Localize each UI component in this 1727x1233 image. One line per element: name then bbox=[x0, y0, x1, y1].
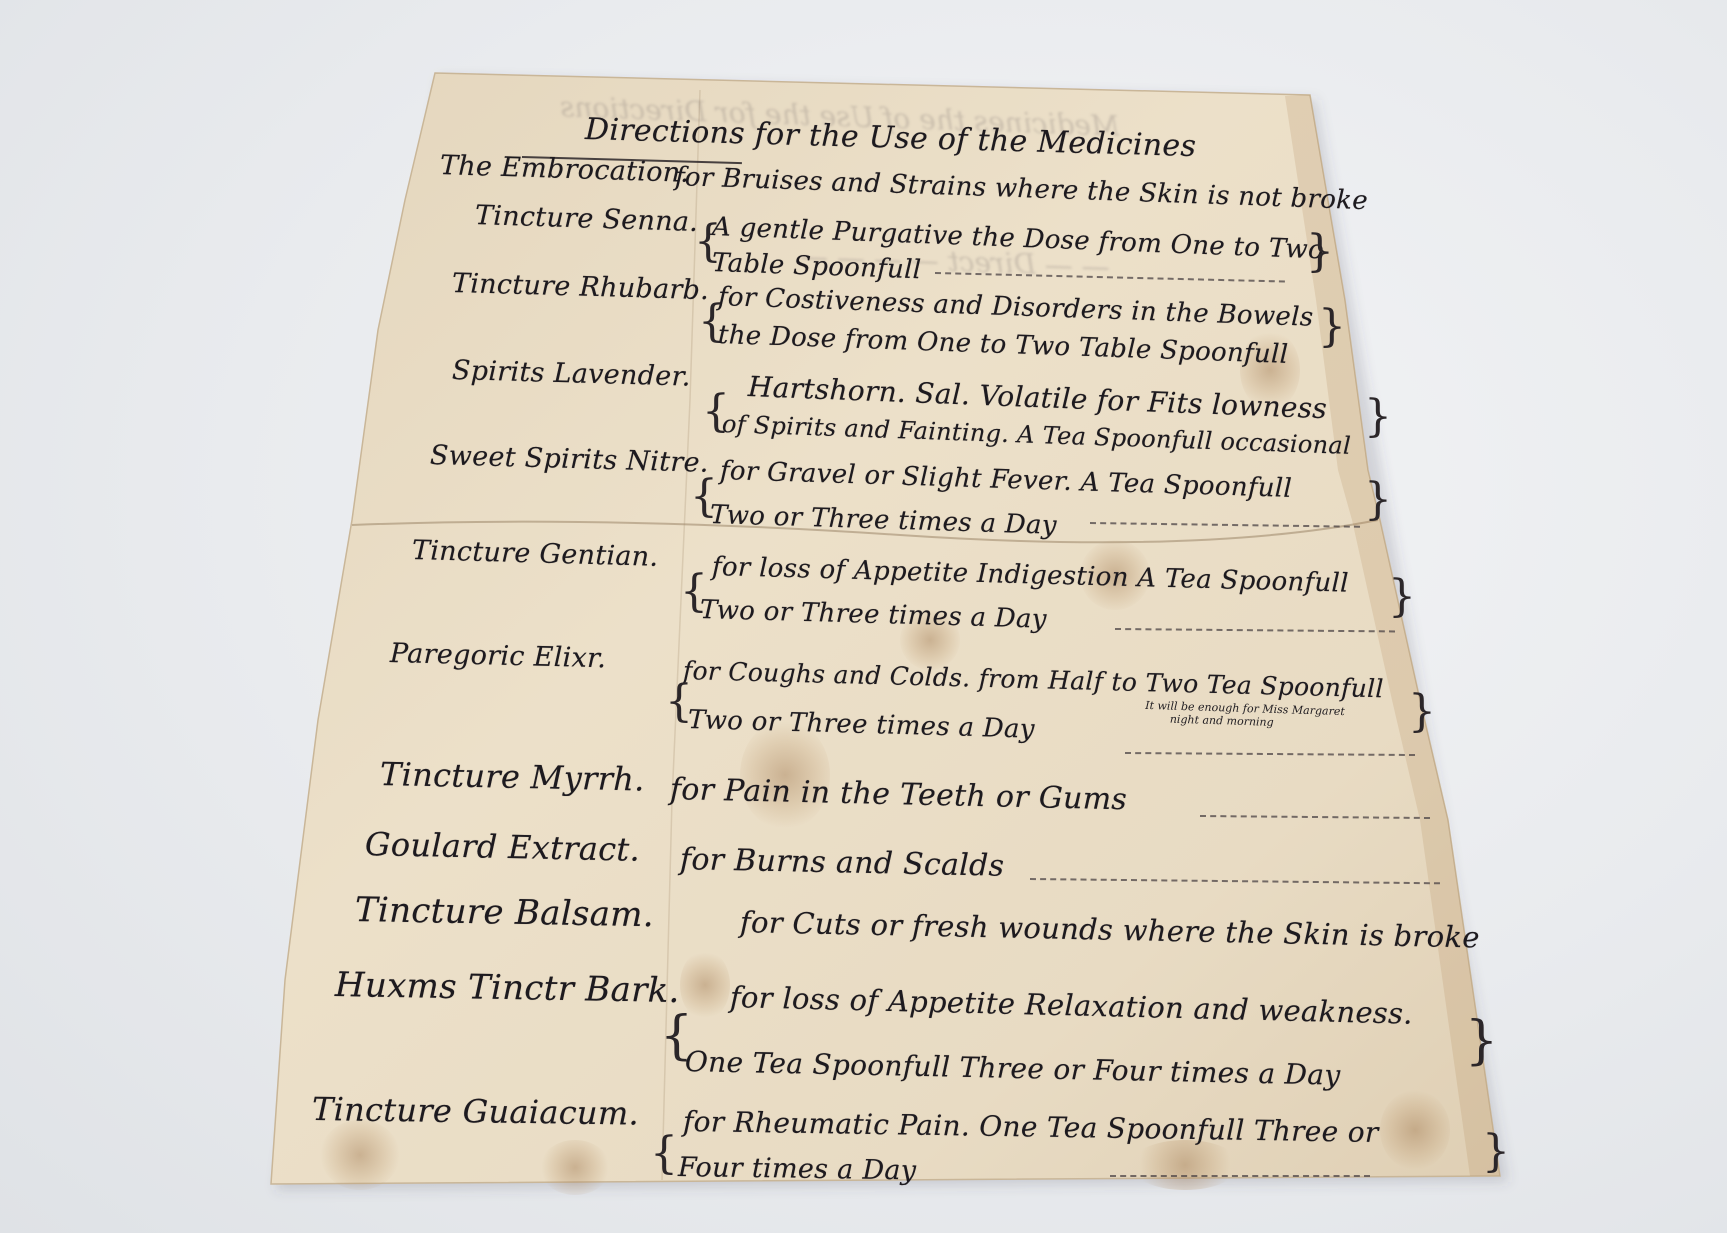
dash-filler bbox=[1110, 1175, 1370, 1177]
brace-right: } bbox=[1388, 575, 1416, 619]
entry-name: Goulard Extract. bbox=[365, 825, 641, 869]
entry-name: Tincture Rhubarb. bbox=[452, 268, 710, 306]
entry-direction: for Pain in the Teeth or Gums bbox=[670, 772, 1128, 817]
entry-direction: Two or Three times a Day bbox=[688, 705, 1036, 745]
entry-name: Tincture Gentian. bbox=[412, 535, 659, 573]
entry-name: Tincture Balsam. bbox=[355, 890, 655, 935]
dash-filler bbox=[1115, 628, 1395, 632]
entry-direction: Table Spoonfull bbox=[711, 248, 921, 285]
brace-right: } bbox=[1408, 690, 1436, 734]
entry-direction: Four times a Day bbox=[678, 1152, 917, 1186]
brace-right: } bbox=[1364, 478, 1392, 522]
entry-name: Huxms Tinctr Bark. bbox=[335, 965, 680, 1011]
entry-direction: for Bruises and Strains where the Skin i… bbox=[674, 162, 1368, 216]
entry-direction: for Rheumatic Pain. One Tea Spoonfull Th… bbox=[683, 1105, 1379, 1149]
entry-name: The Embrocation. bbox=[440, 150, 690, 189]
entry-name: Tincture Myrrh. bbox=[380, 755, 645, 799]
brace-right: } bbox=[1482, 1130, 1510, 1174]
brace-right: } bbox=[1465, 1015, 1498, 1067]
entry-direction: for Coughs and Colds. from Half to Two T… bbox=[683, 656, 1384, 703]
entry-direction: Two or Three times a Day bbox=[710, 500, 1058, 541]
entry-direction: for loss of Appetite Relaxation and weak… bbox=[730, 980, 1414, 1031]
brace-right: } bbox=[1306, 230, 1334, 274]
entry-direction: Two or Three times a Day bbox=[700, 595, 1048, 635]
entry-direction: One Tea Spoonfull Three or Four times a … bbox=[685, 1045, 1341, 1092]
dash-filler bbox=[935, 272, 1285, 283]
entry-direction: for Burns and Scalds bbox=[680, 842, 1005, 884]
entry-direction: for loss of Appetite Indigestion A Tea S… bbox=[712, 552, 1350, 599]
brace-right: } bbox=[1318, 305, 1346, 349]
margin-note: It will be enough for Miss Margaret nigh… bbox=[1145, 699, 1345, 731]
entry-direction: for Cuts or fresh wounds where the Skin … bbox=[740, 905, 1480, 954]
entry-direction: for Gravel or Slight Fever. A Tea Spoonf… bbox=[720, 456, 1293, 504]
dash-filler bbox=[1125, 752, 1415, 756]
entry-name: Tincture Senna. bbox=[475, 200, 699, 238]
brace-left: { bbox=[650, 1132, 678, 1176]
entry-name: Paregoric Elixr. bbox=[390, 638, 607, 674]
document-title: Directions for the Use of the Medicines bbox=[585, 112, 1197, 164]
entry-name: Spirits Lavender. bbox=[452, 355, 692, 393]
dash-filler bbox=[1200, 815, 1430, 819]
entry-name: Sweet Spirits Nitre. bbox=[430, 440, 710, 479]
brace-right: } bbox=[1364, 395, 1392, 439]
document-content: Directions for the Use of the Medicines … bbox=[0, 0, 1727, 1233]
dash-filler bbox=[1090, 522, 1360, 528]
entry-name: Tincture Guaiacum. bbox=[312, 1090, 639, 1133]
dash-filler bbox=[1030, 878, 1440, 884]
